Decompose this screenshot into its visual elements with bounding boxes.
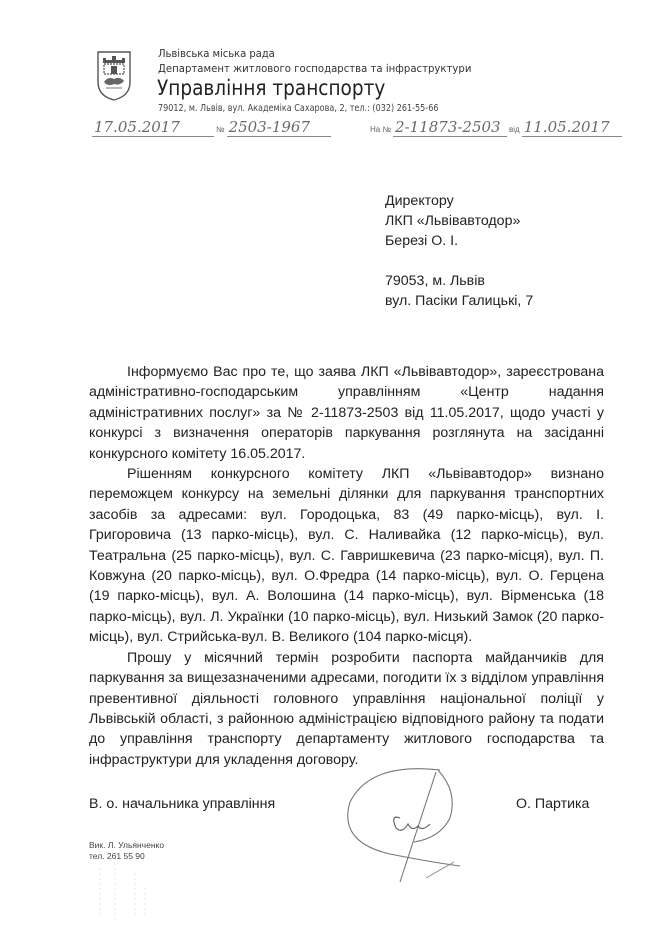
addressee-block: Директору ЛКП «Львівавтодор» Березі О. І… xyxy=(385,191,533,311)
body-paragraph: Рішенням конкурсного комітету ЛКП «Львів… xyxy=(89,464,604,648)
reply-to-date: 11.05.2017 xyxy=(522,118,622,137)
body-paragraph: Прошу у місячний термін розробити паспор… xyxy=(89,648,604,770)
addressee-position: Директору xyxy=(385,191,533,211)
organization-address: 79012, м. Львів, вул. Академіка Сахарова… xyxy=(158,103,438,114)
department-name: Департамент житлового господарства та ін… xyxy=(158,62,471,75)
letter-body: Інформуємо Вас про те, що заява ЛКП «Льв… xyxy=(89,362,604,770)
body-paragraph: Інформуємо Вас про те, що заява ЛКП «Льв… xyxy=(89,362,604,464)
incoming-reference: На №2-11873-2503від11.05.2017 xyxy=(368,118,622,140)
outgoing-number: 2503-1967 xyxy=(227,118,331,137)
lviv-coat-of-arms-icon xyxy=(96,50,132,102)
signatory-name: О. Партика xyxy=(516,796,589,812)
number-label: № xyxy=(216,125,225,134)
handwritten-signature-icon xyxy=(330,762,480,902)
outgoing-registration: 17.05.2017№2503-1967 xyxy=(92,118,331,140)
addressee-name: Березі О. І. xyxy=(385,231,533,251)
addressee-postal: 79053, м. Львів xyxy=(385,271,533,291)
reply-to-number: 2-11873-2503 xyxy=(393,118,507,137)
organization-title: Управління транспорту xyxy=(157,76,385,100)
council-name: Львівська міська рада xyxy=(158,47,275,60)
executor-name: Вик. Л. Ульянченко xyxy=(89,840,164,851)
reply-to-label: На № xyxy=(370,125,391,134)
addressee-organization: ЛКП «Львівавтодор» xyxy=(385,211,533,231)
faint-stamp-residue xyxy=(95,858,155,928)
outgoing-date: 17.05.2017 xyxy=(92,118,214,137)
addressee-street: вул. Пасіки Галицькі, 7 xyxy=(385,291,533,311)
from-label: від xyxy=(509,125,520,134)
signatory-position: В. о. начальника управління xyxy=(89,796,275,812)
